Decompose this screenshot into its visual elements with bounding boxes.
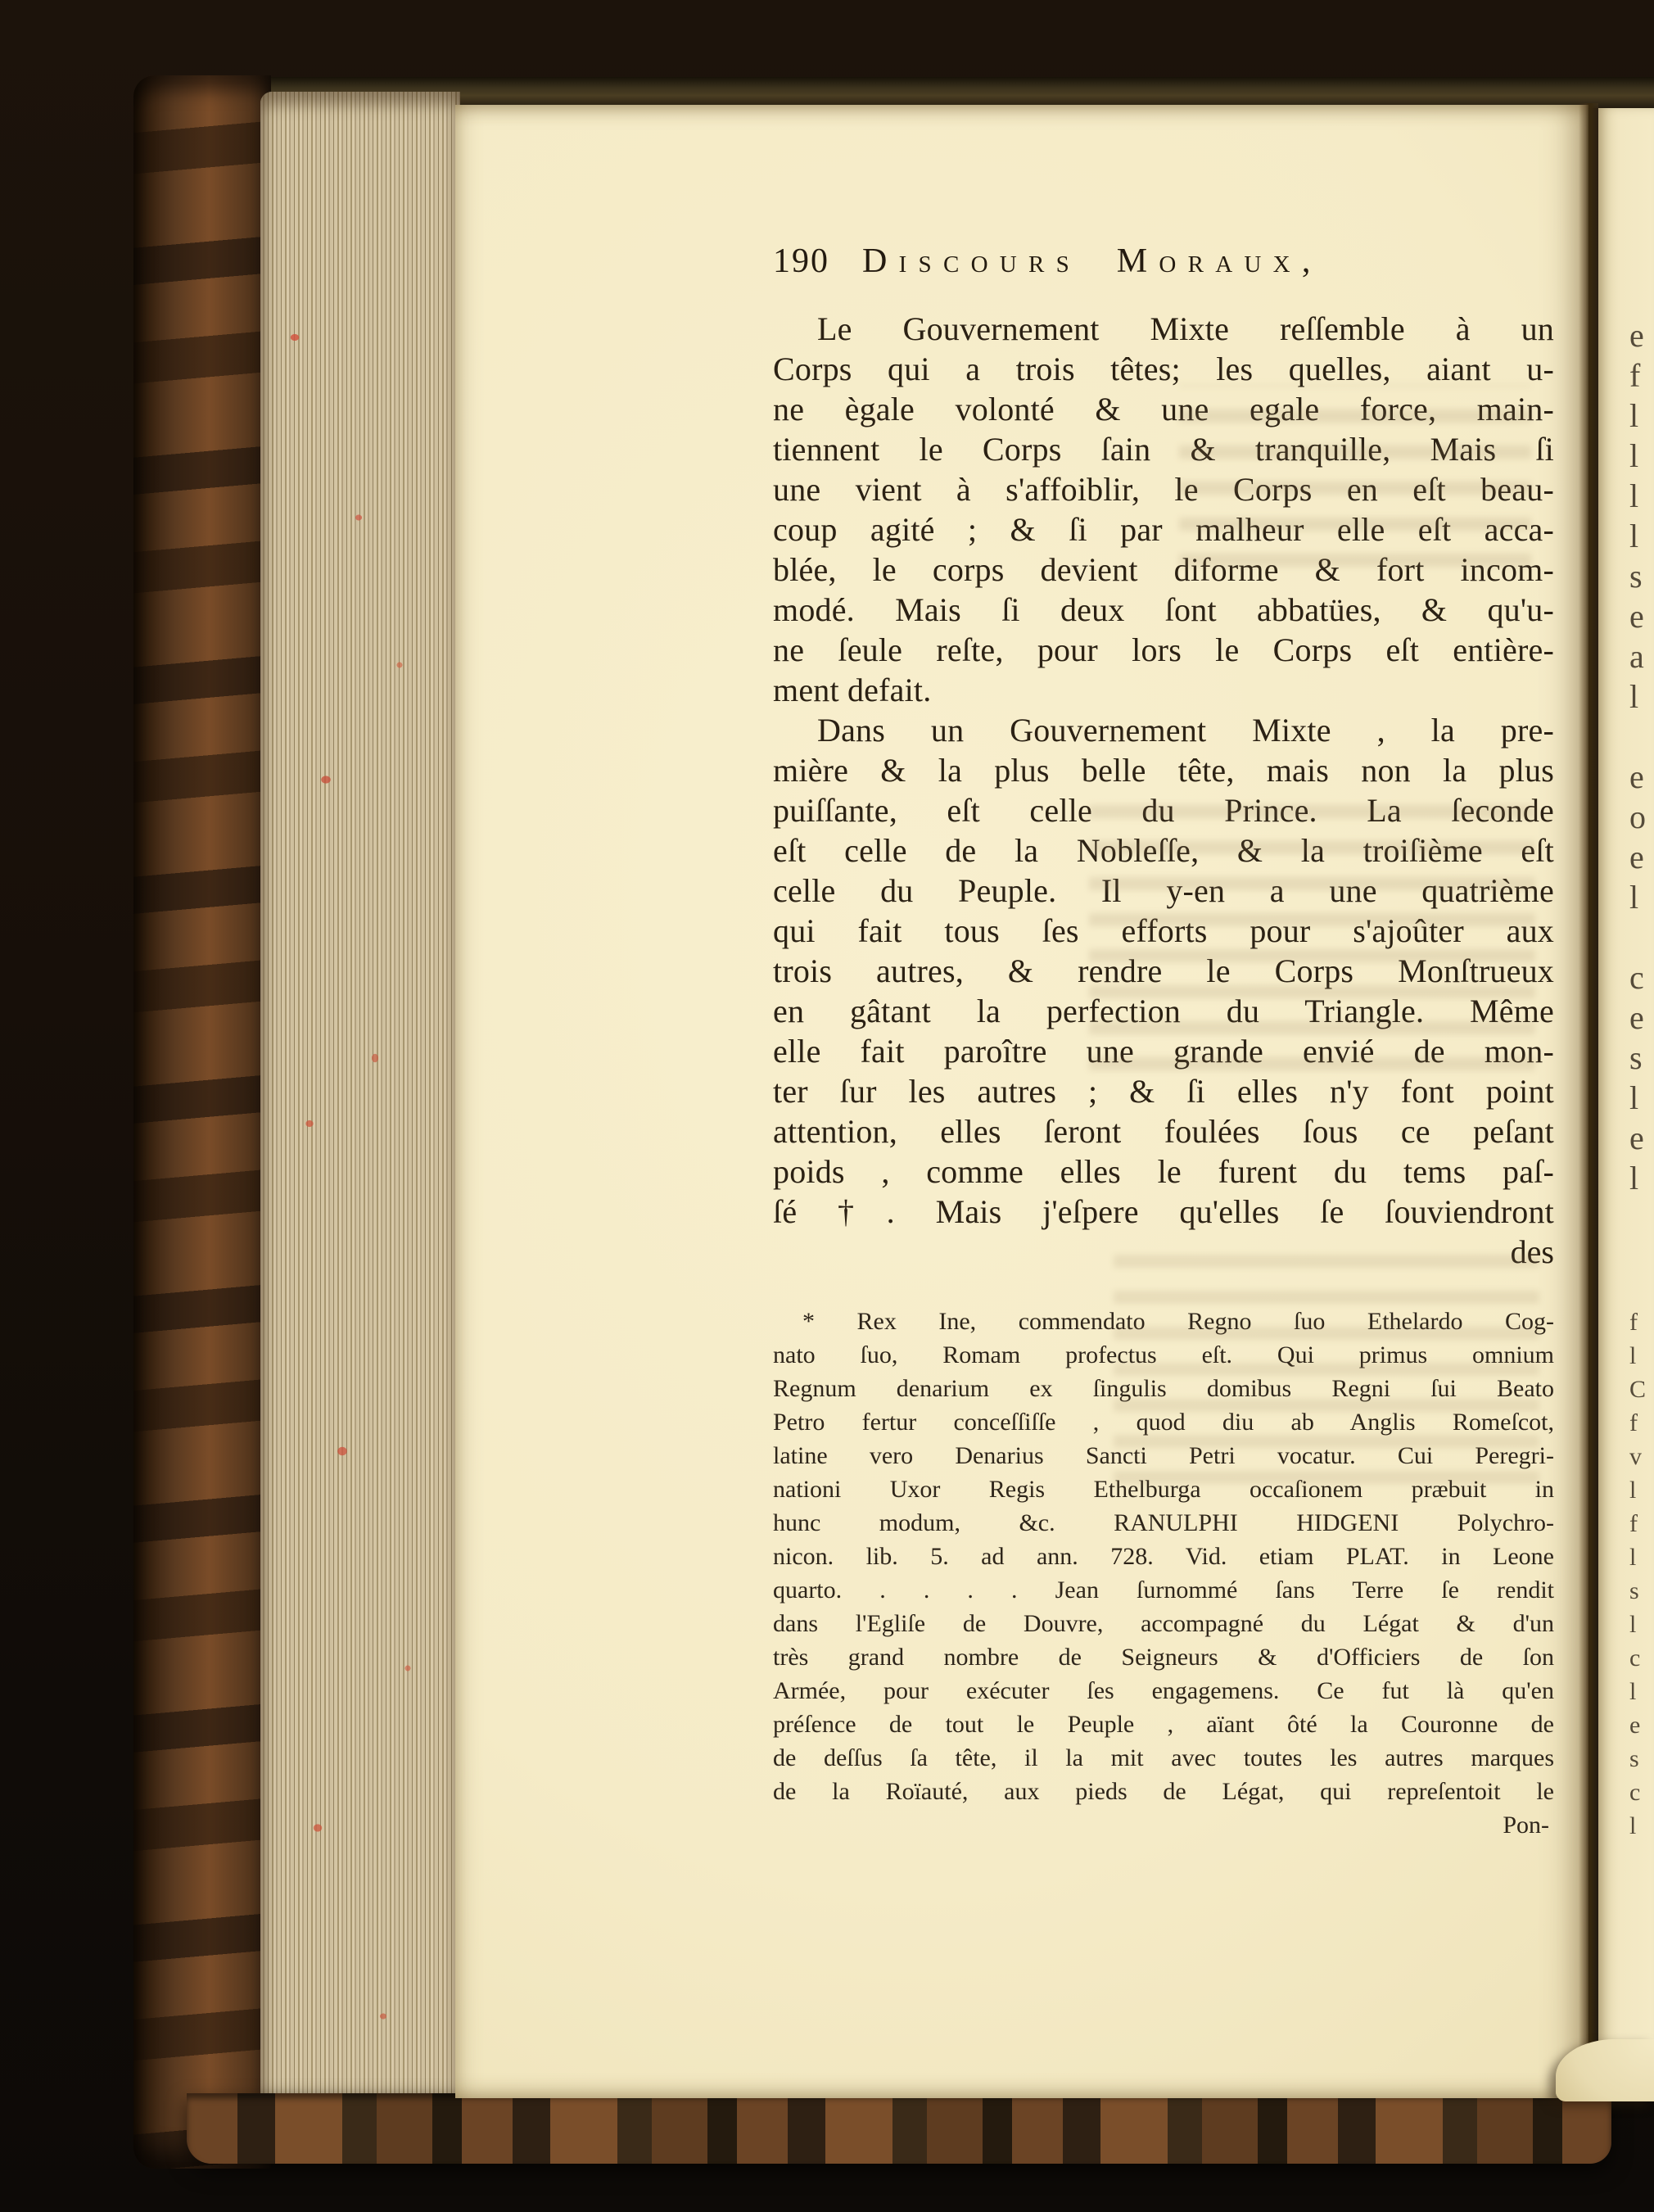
page-header: 190 Discours Moraux, — [773, 242, 1554, 281]
footnote-line: de deſſus ſa tête, il la mit avec toutes… — [773, 1741, 1554, 1775]
page-edges-stack — [260, 92, 460, 2113]
body-text-line: une vient à s'affoiblir, le Corps en eſt… — [773, 469, 1554, 509]
footnote-line: préſence de tout le Peuple , aïant ôté l… — [773, 1708, 1554, 1741]
main-text-block: Le Gouvernement Mixte reſſemble à unCorp… — [773, 309, 1554, 1232]
gutter-fold-shadow — [1579, 103, 1598, 2100]
body-text-line: Le Gouvernement Mixte reſſemble à un — [773, 309, 1554, 349]
footnote-line: Petro fertur conceſſiſſe , quod diu ab A… — [773, 1405, 1554, 1439]
running-title: Discours Moraux, — [862, 242, 1322, 281]
facing-page-letter-fragments-footnote: f l C f v l f l s l c l e s c l — [1629, 1305, 1646, 1843]
footnote-catchword: Pon- — [773, 1808, 1554, 1842]
page-number: 190 — [773, 242, 829, 281]
body-text-line: modé. Mais ſi deux ſont abbatües, & qu'u… — [773, 590, 1554, 630]
body-text-line: puiſſante, eſt celle du Prince. La ſecon… — [773, 790, 1554, 830]
body-text-line: qui fait tous ſes efforts pour s'ajoûter… — [773, 911, 1554, 951]
footnote-line: dans l'Egliſe de Douvre, accompagné du L… — [773, 1607, 1554, 1640]
body-text-line: en gâtant la perfection du Triangle. Mêm… — [773, 991, 1554, 1031]
book-page-190: 190 Discours Moraux, Le Gouvernement Mix… — [455, 105, 1588, 2098]
footnote-line: nicon. lib. 5. ad ann. 728. Vid. etiam P… — [773, 1540, 1554, 1573]
marbled-leather-cover — [133, 75, 271, 2169]
body-text-line: ſé †. Mais j'eſpere qu'elles ſe ſouviend… — [773, 1192, 1554, 1232]
body-text-line: Corps qui a trois têtes; les quelles, ai… — [773, 349, 1554, 389]
body-text-line: ter ſur les autres ; & ſi elles n'y font… — [773, 1071, 1554, 1111]
body-text-line: coup agité ; & ſi par malheur elle eſt a… — [773, 509, 1554, 550]
body-text-line: attention, elles ſeront foulées ſous ce … — [773, 1111, 1554, 1151]
body-text-line: ne ègale volonté & une egale force, main… — [773, 389, 1554, 429]
body-text-line: ne ſeule reſte, pour lors le Corps eſt e… — [773, 630, 1554, 670]
footnote-line: très grand nombre de Seigneurs & d'Offic… — [773, 1640, 1554, 1674]
body-text-line: ment defait. — [773, 670, 1554, 710]
facing-page-edge: e f l l l l s e a l e o e l c e s l e l … — [1598, 108, 1654, 2098]
footnote-line: de la Roïauté, aux pieds de Légat, qui r… — [773, 1775, 1554, 1808]
footnote-line: * Rex Ine, commendato Regno ſuo Ethelard… — [773, 1305, 1554, 1338]
footnote-line: hunc modum, &c. RANULPHI HIDGENI Polychr… — [773, 1506, 1554, 1540]
footnote-lines: * Rex Ine, commendato Regno ſuo Ethelard… — [773, 1305, 1554, 1808]
body-text-line: Dans un Gouvernement Mixte , la pre- — [773, 710, 1554, 750]
footnote-line: nato ſuo, Romam profectus eſt. Qui primu… — [773, 1338, 1554, 1372]
facing-page-letter-fragments-body: e f l l l l s e a l e o e l c e s l e l — [1629, 315, 1646, 1198]
body-text-line: tiennent le Corps ſain & tranquille, Mai… — [773, 429, 1554, 469]
body-text-line: eſt celle de la Nobleſſe, & la troiſième… — [773, 830, 1554, 871]
body-text-line: blée, le corps devient diforme & fort in… — [773, 550, 1554, 590]
photograph-of-open-book: 190 Discours Moraux, Le Gouvernement Mix… — [0, 0, 1654, 2212]
footnote-line: Regnum denarium ex ſingulis domibus Regn… — [773, 1372, 1554, 1405]
footnote-line: nationi Uxor Regis Ethelburga occaſionem… — [773, 1472, 1554, 1506]
footnote-line: Armée, pour exécuter ſes engagemens. Ce … — [773, 1674, 1554, 1708]
body-text-line: poids , comme elles le furent du tems pa… — [773, 1151, 1554, 1192]
footnote-block: * Rex Ine, commendato Regno ſuo Ethelard… — [773, 1305, 1554, 1842]
book-bottom-edge — [187, 2093, 1611, 2164]
footnote-line: latine vero Denarius Sancti Petri vocatu… — [773, 1439, 1554, 1472]
body-catchword: des — [773, 1232, 1554, 1272]
body-text-line: trois autres, & rendre le Corps Monſtrue… — [773, 951, 1554, 991]
body-text-line: elle fait paroître une grande envié de m… — [773, 1031, 1554, 1071]
footnote-line: quarto. . . . . Jean ſurnommé ſans Terre… — [773, 1573, 1554, 1607]
body-text-line: mière & la plus belle tête, mais non la … — [773, 750, 1554, 790]
body-text-line: celle du Peuple. Il y-en a une quatrième — [773, 871, 1554, 911]
